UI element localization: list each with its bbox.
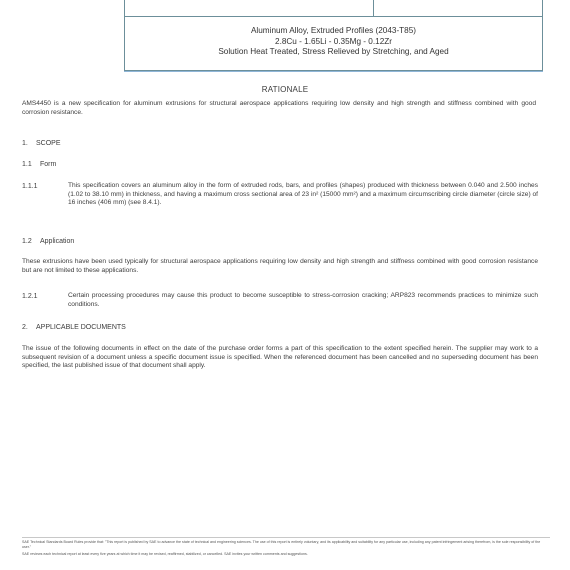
- section-number: 2.: [22, 324, 28, 331]
- document-title: Aluminum Alloy, Extruded Profiles (2043-…: [125, 17, 542, 58]
- section-number: 1.2: [22, 238, 32, 245]
- section-1-2-text: These extrusions have been used typicall…: [22, 258, 538, 275]
- section-label: SCOPE: [36, 140, 61, 147]
- section-1-2-heading: 1.2 Application: [22, 238, 32, 245]
- title-block-cell-left: [125, 0, 374, 16]
- footer-divider: [22, 537, 550, 538]
- document-title-block: Aluminum Alloy, Extruded Profiles (2043-…: [124, 0, 543, 71]
- title-block-cell-right: [374, 0, 542, 16]
- section-label: Application: [40, 238, 74, 245]
- section-1-2-1-text: Certain processing procedures may cause …: [68, 292, 538, 309]
- rationale-heading: RATIONALE: [0, 85, 570, 94]
- section-label: APPLICABLE DOCUMENTS: [36, 324, 126, 331]
- footer-review-notice: SAE reviews each technical report at lea…: [22, 552, 550, 557]
- section-1-heading: 1. SCOPE: [22, 140, 28, 147]
- footer-disclaimer: SAE Technical Standards Board Rules prov…: [22, 540, 550, 550]
- title-block-header-row: [125, 0, 542, 17]
- title-line-temper: Solution Heat Treated, Stress Relieved b…: [125, 47, 542, 58]
- section-2-heading: 2. APPLICABLE DOCUMENTS: [22, 324, 28, 331]
- title-line-alloy: Aluminum Alloy, Extruded Profiles (2043-…: [125, 26, 542, 37]
- rationale-text: AMS4450 is a new specification for alumi…: [22, 100, 536, 117]
- section-2-text: The issue of the following documents in …: [22, 345, 538, 371]
- section-number: 1.: [22, 140, 28, 147]
- section-1-1-heading: 1.1 Form: [22, 161, 32, 168]
- section-label: Form: [40, 161, 56, 168]
- section-1-1-1-text: This specification covers an aluminum al…: [68, 182, 538, 208]
- section-number: 1.1: [22, 161, 32, 168]
- title-line-composition: 2.8Cu - 1.65Li - 0.35Mg - 0.12Zr: [125, 37, 542, 48]
- section-1-1-1-number: 1.1.1: [22, 183, 38, 190]
- section-1-2-1-number: 1.2.1: [22, 293, 38, 300]
